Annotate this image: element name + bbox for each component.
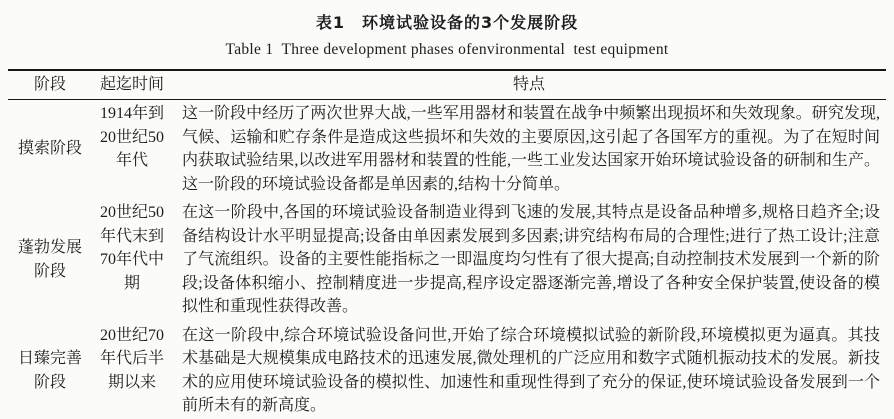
time-line: 年代后半 (100, 347, 164, 371)
table-row-maturing-phase: 日臻完善 阶段 20世纪70 年代后半 期以来 在这一阶段中,综合环境试验设备问… (8, 322, 886, 419)
table-caption-en: Table 1 Three development phases ofenvir… (0, 40, 894, 59)
table-row-rapid-development-phase: 蓬勃发展 阶段 20世纪50 年代末到 70年代中 期 在这一阶段中,各国的环境… (8, 199, 886, 322)
features-cell: 这一阶段中经历了两次世界大战,一些军用器材和装置在战争中频繁出现损坏和失效现象。… (172, 102, 886, 196)
header-time-range: 起迄时间 (92, 75, 172, 95)
features-cell: 在这一阶段中,综合环境试验设备问世,开始了综合环境模拟试验的新阶段,环境模拟更为… (172, 324, 886, 418)
time-cell: 20世纪50 年代末到 70年代中 期 (92, 201, 172, 319)
phase-cell: 蓬勃发展 阶段 (8, 201, 92, 319)
three-line-table: 阶段 起迄时间 特点 摸索阶段 1914年到 20世纪50 年代 这一阶段中经历… (8, 69, 886, 419)
header-features: 特点 (172, 75, 886, 95)
phase-cell: 日臻完善 阶段 (8, 324, 92, 418)
time-line: 70年代中 (100, 248, 164, 272)
time-line: 20世纪70 (100, 324, 164, 348)
phase-label-line: 阶段 (34, 371, 66, 395)
features-cell: 在这一阶段中,各国的环境试验设备制造业得到飞速的发展,其特点是设备品种增多,规格… (172, 201, 886, 319)
table-row-exploration-phase: 摸索阶段 1914年到 20世纪50 年代 这一阶段中经历了两次世界大战,一些军… (8, 100, 886, 199)
document-page: 表1 环境试验设备的3个发展阶段 Table 1 Three developme… (0, 0, 894, 419)
phase-label-line: 摸索阶段 (18, 137, 82, 161)
table-header-row: 阶段 起迄时间 特点 (8, 71, 886, 100)
phase-label-line: 日臻完善 (18, 347, 82, 371)
time-line: 期 (124, 272, 140, 296)
time-line: 年代末到 (100, 225, 164, 249)
phase-label-line: 蓬勃发展 (18, 236, 82, 260)
time-line: 1914年到 (100, 102, 164, 126)
table-caption-zh: 表1 环境试验设备的3个发展阶段 (0, 12, 894, 34)
phase-label-line: 阶段 (34, 260, 66, 284)
time-line: 20世纪50 (100, 126, 164, 150)
header-phase: 阶段 (8, 75, 92, 95)
time-cell: 1914年到 20世纪50 年代 (92, 102, 172, 196)
time-line: 20世纪50 (100, 201, 164, 225)
time-cell: 20世纪70 年代后半 期以来 (92, 324, 172, 418)
phase-cell: 摸索阶段 (8, 102, 92, 196)
time-line: 年代 (116, 149, 148, 173)
time-line: 期以来 (108, 371, 156, 395)
